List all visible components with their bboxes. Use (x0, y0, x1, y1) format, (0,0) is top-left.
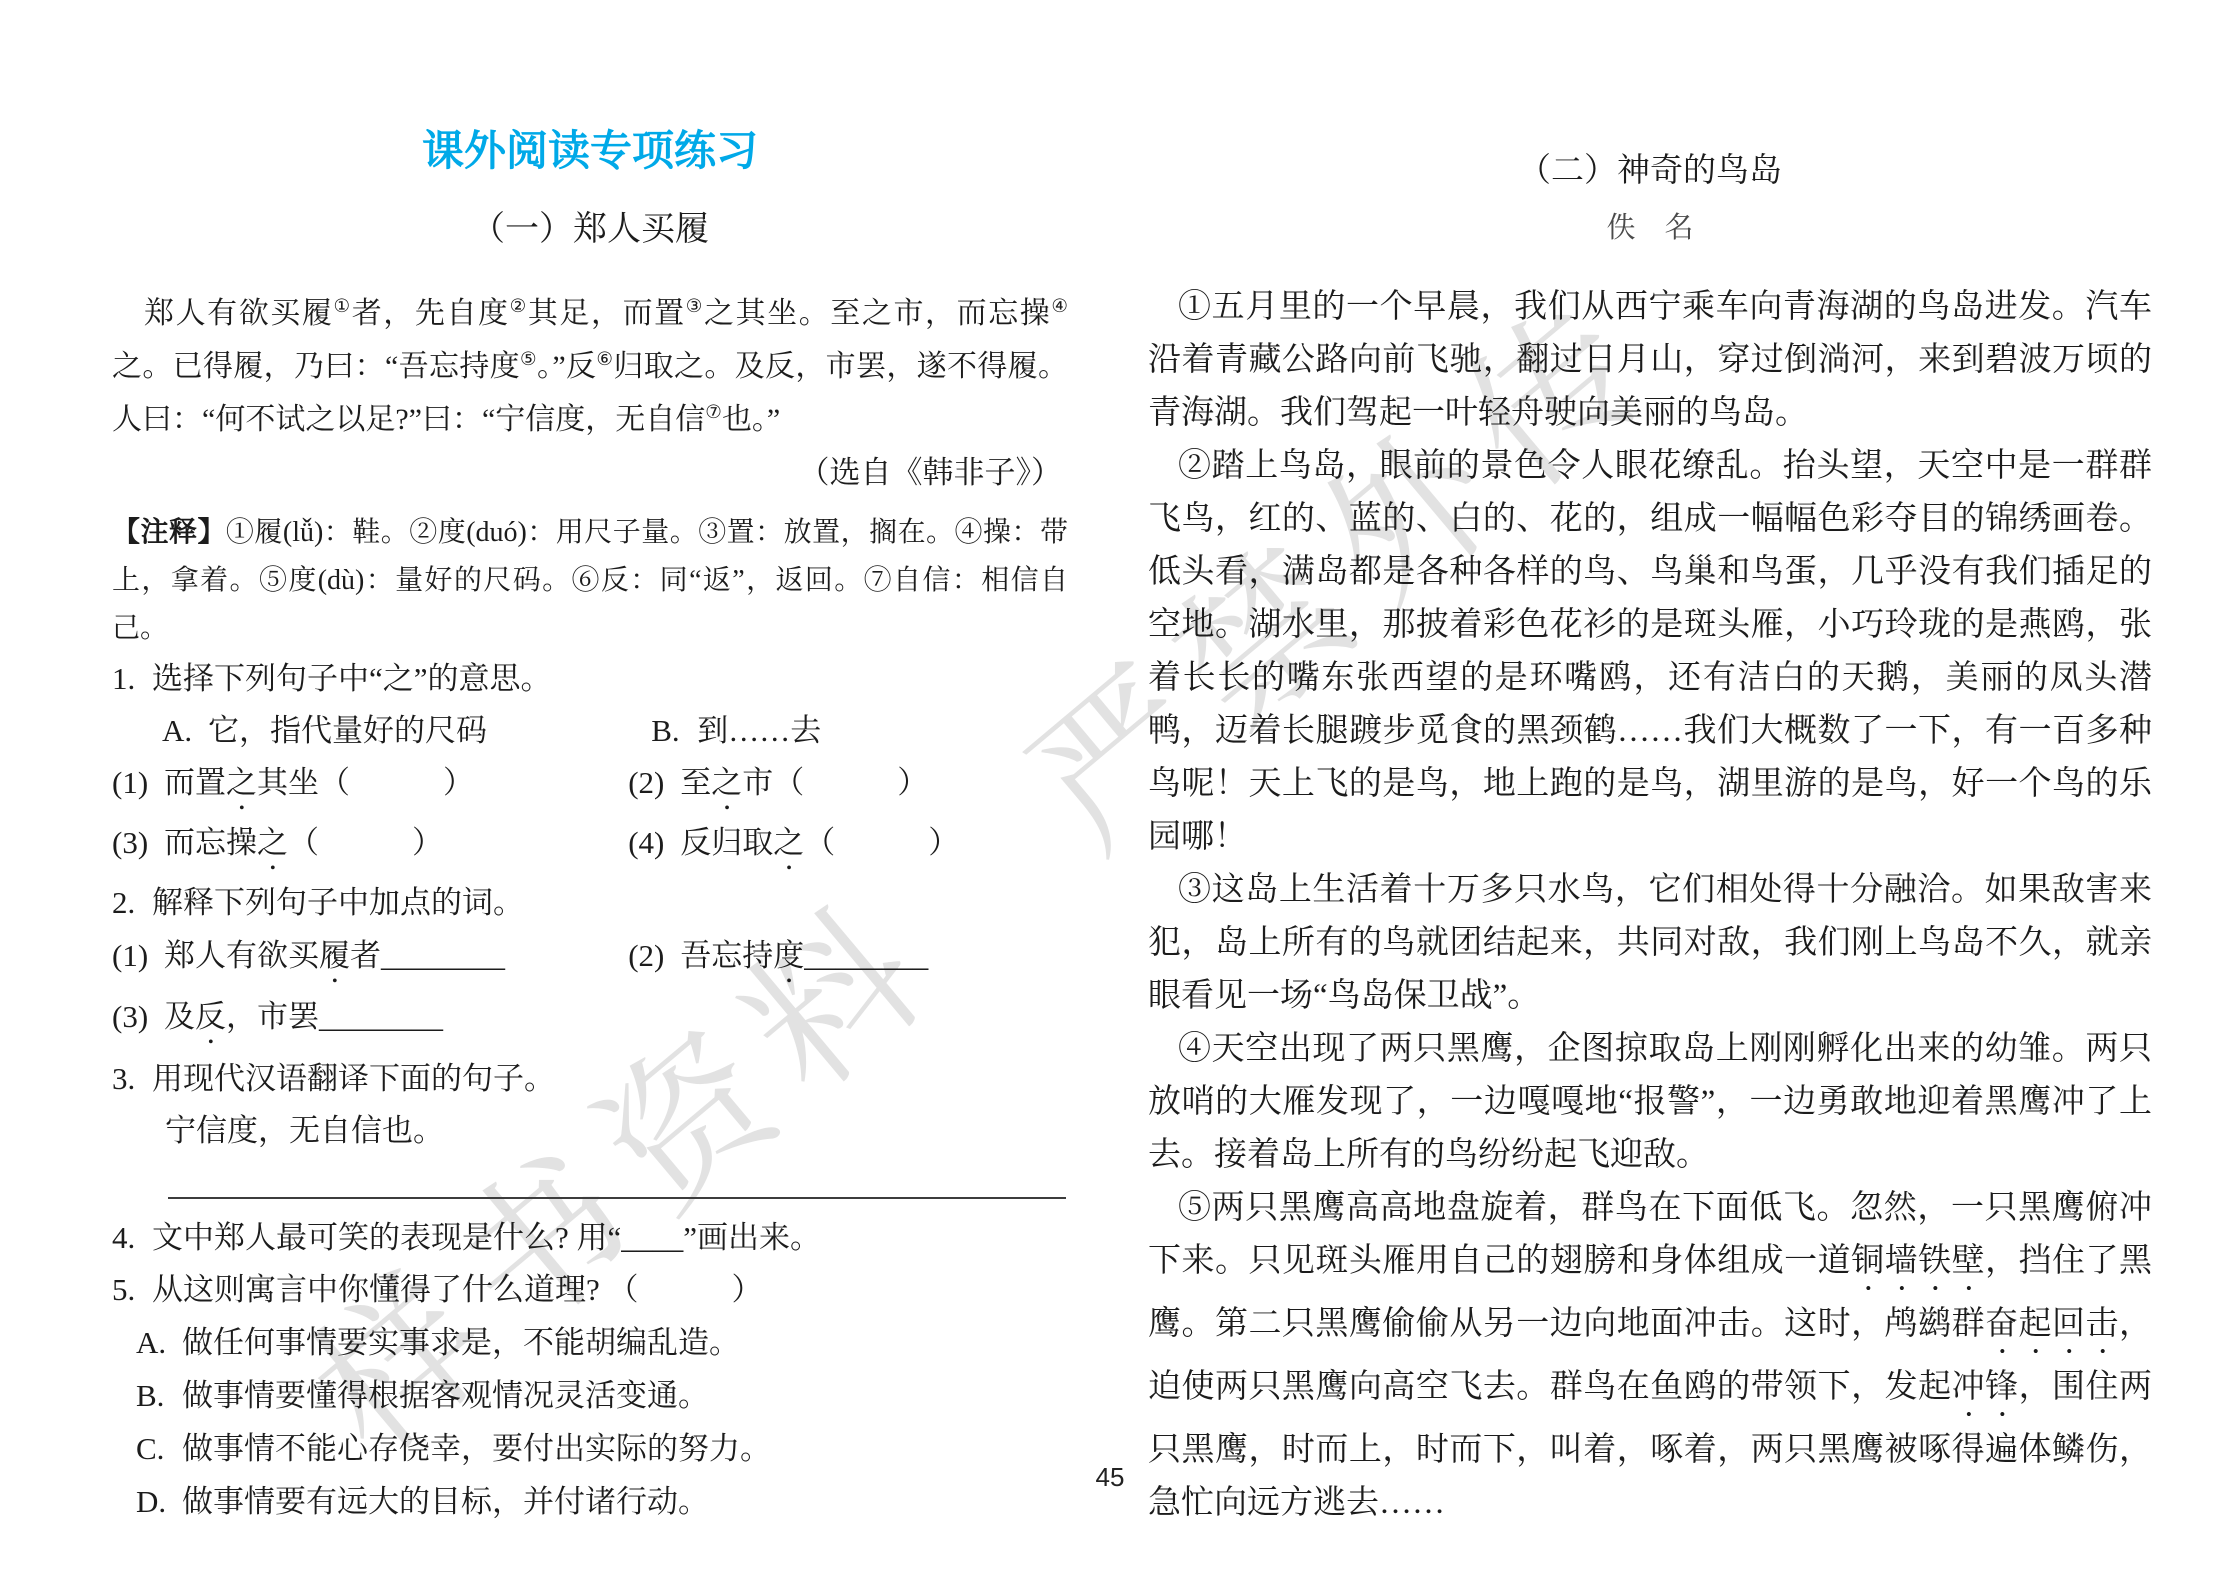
question-2: 2.解释下列句子中加点的词。 (112, 877, 1068, 929)
passage-text: 郑人有欲买履①者，先自度②其足，而置③之其坐。至之市，而忘操④之。已得履，乃曰：… (112, 287, 1068, 446)
question-1-number: 1. (112, 653, 152, 705)
answer-blank-line (168, 1197, 1066, 1199)
question-2-text: 解释下列句子中加点的词。 (152, 885, 524, 920)
q1-item-1: (1)而置之其坐（ ） (112, 757, 628, 817)
paragraph-3: ③这岛上生活着十万多只水鸟，它们相处得十分融洽。如果敌害来犯，岛上所有的鸟就团结… (1148, 864, 2152, 1023)
question-4: 4.文中郑人最可笑的表现是什么? 用“____”画出来。 (112, 1212, 1068, 1264)
q2-item-2: (2)吾忘持度________ (628, 929, 1068, 990)
choice-a: A.它，指代量好的尺码 (162, 705, 651, 757)
question-2-items: (1)郑人有欲买履者________ (2)吾忘持度________ (3)及反… (112, 929, 1068, 1051)
footnotes-label: 【注释】 (112, 516, 226, 547)
paragraph-4: ④天空出现了两只黑鹰，企图掠取岛上刚刚孵化出来的幼雏。两只放哨的大雁发现了，一边… (1148, 1023, 2152, 1182)
question-4-text: 文中郑人最可笑的表现是什么? 用“____”画出来。 (152, 1220, 821, 1255)
choice-b: B.到……去 (651, 705, 1068, 757)
q2-item-1: (1)郑人有欲买履者________ (112, 929, 628, 990)
worksheet-page: 样书资料 严禁外传 课外阅读专项练习 （一）郑人买履 郑人有欲买履①者，先自度②… (0, 0, 2220, 1571)
q1-item-4: (4)反归取之（ ） (628, 817, 1068, 877)
left-column: 课外阅读专项练习 （一）郑人买履 郑人有欲买履①者，先自度②其足，而置③之其坐。… (112, 0, 1068, 1528)
footnotes-body: ①履(lǚ)：鞋。②度(duó)：用尺子量。③置：放置，搁在。④操：带上，拿着。… (112, 517, 1068, 644)
paragraph-2: ②踏上鸟岛，眼前的景色令人眼花缭乱。抬头望，天空中是一群群飞鸟，红的、蓝的、白的… (1148, 440, 2152, 864)
question-1: 1.选择下列句子中“之”的意思。 (112, 653, 1068, 705)
choice-b: B.做事情要懂得根据客观情况灵活变通。 (136, 1369, 1068, 1422)
question-3-number: 3. (112, 1053, 152, 1105)
question-5-text: 从这则寓言中你懂得了什么道理? （ ） (152, 1272, 763, 1307)
choice-a: A.做任何事情要实事求是，不能胡编乱造。 (136, 1316, 1068, 1369)
question-3: 3.用现代汉语翻译下面的句子。 (112, 1053, 1068, 1105)
page-title: 课外阅读专项练习 (112, 128, 1068, 174)
source-attribution: （选自《韩非子》） (112, 455, 1068, 491)
question-2-number: 2. (112, 877, 152, 929)
page-number: 45 (0, 1462, 2220, 1493)
question-1-items: (1)而置之其坐（ ） (2)至之市（ ） (3)而忘操之（ ） (4)反归取之… (112, 757, 1068, 877)
question-4-number: 4. (112, 1212, 152, 1264)
q2-item-3: (3)及反，市罢________ (112, 990, 628, 1051)
q1-item-3: (3)而忘操之（ ） (112, 817, 628, 877)
question-1-text: 选择下列句子中“之”的意思。 (152, 661, 552, 696)
question-3-text: 用现代汉语翻译下面的句子。 (152, 1061, 555, 1096)
paragraph-1: ①五月里的一个早晨，我们从西宁乘车向青海湖的鸟岛进发。汽车沿着青藏公路向前飞驰，… (1148, 281, 2152, 440)
question-5: 5.从这则寓言中你懂得了什么道理? （ ） (112, 1264, 1068, 1316)
author-name: 佚 名 (1148, 210, 2152, 246)
section-title-2: （二）神奇的鸟岛 (1148, 152, 2152, 190)
question-1-choices: A.它，指代量好的尺码 B.到……去 (112, 705, 1068, 757)
footnotes: 【注释】①履(lǚ)：鞋。②度(duó)：用尺子量。③置：放置，搁在。④操：带上… (112, 508, 1068, 653)
section-title-1: （一）郑人买履 (112, 211, 1068, 249)
q1-item-2: (2)至之市（ ） (628, 757, 1068, 817)
question-3-quote: 宁信度，无自信也。 (112, 1105, 1068, 1157)
question-5-choices: A.做任何事情要实事求是，不能胡编乱造。 B.做事情要懂得根据客观情况灵活变通。… (112, 1316, 1068, 1528)
question-5-number: 5. (112, 1264, 152, 1316)
right-column: （二）神奇的鸟岛 佚 名 ①五月里的一个早晨，我们从西宁乘车向青海湖的鸟岛进发。… (1148, 0, 2152, 1530)
